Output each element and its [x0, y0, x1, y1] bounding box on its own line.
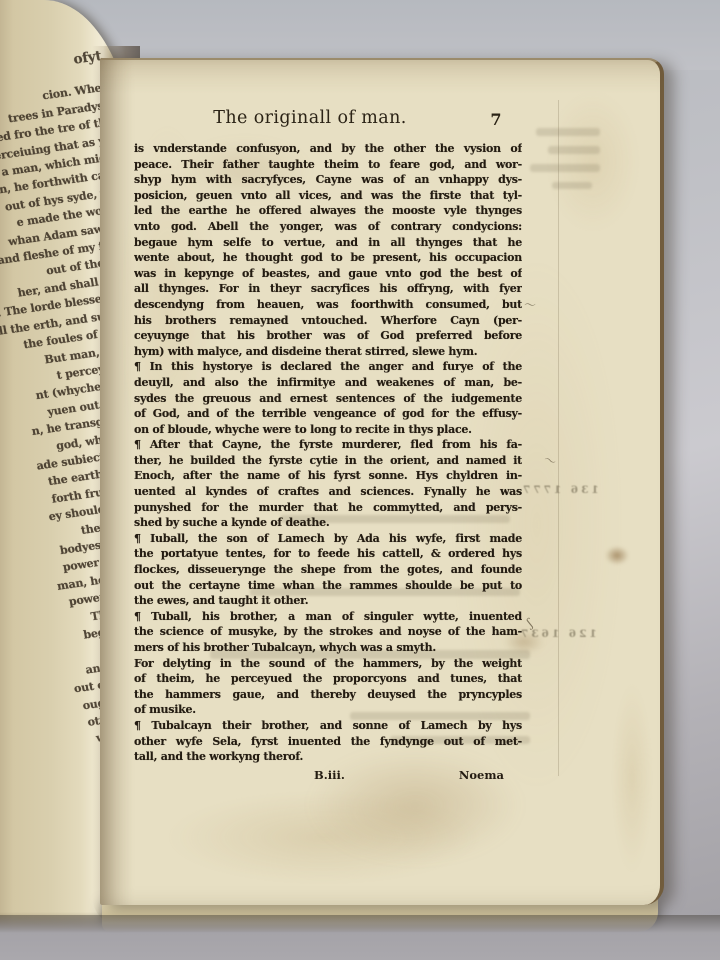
text-line: his brothers remayned vntouched. Wherfor… — [134, 313, 522, 329]
text-line: Enoch, after the name of his fyrst sonne… — [134, 468, 522, 484]
ink-mark: 〜 — [541, 450, 558, 470]
text-line: ¶ Tubalcayn their brother, and sonne of … — [134, 718, 522, 734]
text-line: on of bloude, whyche were to long to rec… — [134, 422, 522, 438]
stain — [310, 750, 520, 860]
text-line: posicion, geuen vnto all vices, and was … — [134, 188, 522, 204]
text-line: of God, and of the terrible vengeance of… — [134, 406, 522, 422]
text-line: tall, and the workyng therof. — [134, 749, 522, 765]
text-line: the ewes, and taught it other. — [134, 593, 522, 609]
bleedthrough-numbers-upper: 136 1777 — [520, 484, 599, 496]
bleedthrough-smudge — [530, 164, 600, 172]
text-line: the portatyue tentes, for to feede his c… — [134, 546, 522, 562]
text-line: of musike. — [134, 702, 522, 718]
running-header: The originall of man. — [130, 108, 490, 128]
text-line: shed by suche a kynde of deathe. — [134, 515, 522, 531]
text-line: For delyting in the sound of the hammers… — [134, 656, 522, 672]
text-line: led the earthe he offered alwayes the mo… — [134, 203, 522, 219]
text-line: ther, he builded the fyrste cytie in the… — [134, 453, 522, 469]
catchword: Noema — [459, 768, 504, 782]
text-line: sydes the greuous and ernest sentences o… — [134, 391, 522, 407]
body-text: is vnderstande confusyon, and by the oth… — [134, 141, 522, 765]
text-line: peace. Their father taughte theim to fea… — [134, 157, 522, 173]
right-page: 136 1777 126 1637 〜 〜 ʃ The originall of… — [100, 58, 664, 905]
ink-mark: 〜 — [524, 296, 536, 313]
text-line: vnto god. Abell the yonger, was of contr… — [134, 219, 522, 235]
text-line: hym) with malyce, and disdeine therat st… — [134, 344, 522, 360]
text-line: other wyfe Sela, fyrst inuented the fynd… — [134, 734, 522, 750]
bleedthrough-numbers-lower: 126 1637 — [518, 628, 597, 640]
page-number: 7 — [476, 110, 516, 129]
bleedthrough-smudge — [536, 128, 600, 136]
text-line: the science of musyke, by the strokes an… — [134, 624, 522, 640]
photo-backdrop-bottom — [0, 915, 720, 960]
text-line: ¶ In this hystorye is declared the anger… — [134, 359, 522, 375]
margin-rule-line — [558, 100, 559, 776]
text-line: ceyuynge that his brother was of God pre… — [134, 328, 522, 344]
text-line: punyshed for the murder that he commytte… — [134, 500, 522, 516]
text-line: ¶ After that Cayne, the fyrste murderer,… — [134, 437, 522, 453]
text-line: deuyll, and also the infirmitye and weak… — [134, 375, 522, 391]
text-line: out the certayne time whan the rammes sh… — [134, 578, 522, 594]
text-line: was in kepynge of beastes, and gaue vnto… — [134, 266, 522, 282]
bleedthrough-smudge — [548, 146, 600, 154]
text-line: ¶ Tuball, his brother, a man of singuler… — [134, 609, 522, 625]
text-line: all thynges. For in theyr sacryfices his… — [134, 281, 522, 297]
text-line: descendyng from heauen, was foorthwith c… — [134, 297, 522, 313]
signature-line: B.iii. Noema — [134, 768, 522, 786]
text-line: ¶ Iuball, the son of Lamech by Ada his w… — [134, 531, 522, 547]
text-line: is vnderstande confusyon, and by the oth… — [134, 141, 522, 157]
text-line: the hammers gaue, and thereby deuysed th… — [134, 687, 522, 703]
text-line: mers of his brother Tubalcayn, whych was… — [134, 640, 522, 656]
text-line: of theim, he perceyued the proporcyons a… — [134, 671, 522, 687]
bleedthrough-smudge — [552, 182, 592, 189]
stain — [605, 546, 629, 565]
text-line: uented al kyndes of craftes and sciences… — [134, 484, 522, 500]
signature-mark: B.iii. — [314, 768, 345, 782]
text-line: begaue hym selfe to vertue, and in all t… — [134, 235, 522, 251]
text-line: shyp hym with sacryfyces, Cayne was of a… — [134, 172, 522, 188]
text-line: wente about, he thought god to be presen… — [134, 250, 522, 266]
text-line: flockes, disseuerynge the shepe from the… — [134, 562, 522, 578]
